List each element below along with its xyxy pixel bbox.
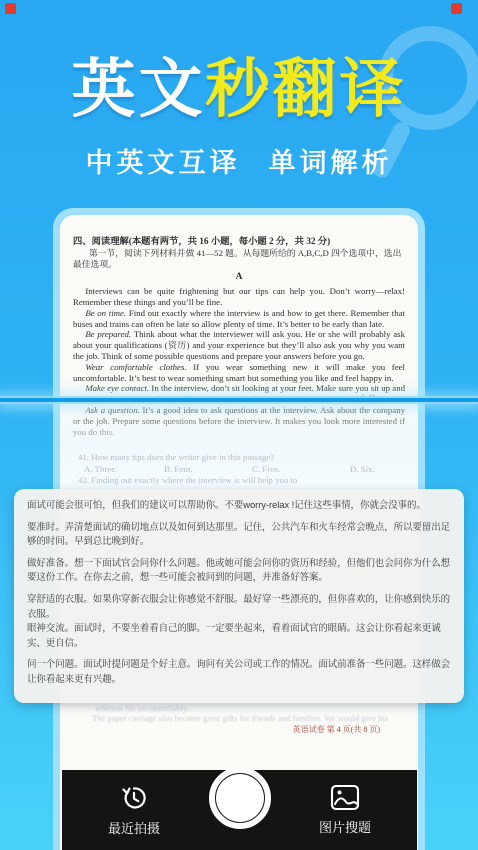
image-search-label: 图片搜题 xyxy=(319,817,371,836)
paper-page-number: 英语试卷 第 4 页(共 8 页) xyxy=(180,724,380,735)
translation-paragraph: 眼神交流。面试时，不要坐着看自己的脚。一定要坐起来，看着面试官的眼睛。这会让你看… xyxy=(27,622,451,651)
red-corner-mark-right xyxy=(451,3,462,14)
recent-photos-label: 最近拍摄 xyxy=(108,818,160,837)
paper-paragraph: Be on time. Find out exactly where the i… xyxy=(73,308,405,330)
shutter-inner-circle xyxy=(216,774,264,822)
app-title-white-part: 英文 xyxy=(72,53,206,125)
history-clock-icon xyxy=(120,784,148,812)
app-screen: 英文秒翻译 中英文互译单词解析 四、阅读理解(本题有两节，共 16 小题，每小题… xyxy=(0,0,478,850)
paper-section-intro: 第一节，阅读下列材料并做 41—52 题。从每题所给的 A,B,C,D 四个选项… xyxy=(73,248,405,270)
question-41: 41. How many tips does the writer give i… xyxy=(78,452,400,464)
question-42: 42. Finding out exactly where the interv… xyxy=(78,475,400,487)
red-corner-mark-left xyxy=(5,3,16,14)
translation-paragraph: 要准时。弄清楚面试的确切地点以及如何到达那里。记住，公共汽车和火车经常会晚点，所… xyxy=(27,521,451,550)
translation-result-panel[interactable]: 面试可能会很可怕，但我们的建议可以帮助你。不要worry-relax !记住这些… xyxy=(14,489,464,703)
translation-paragraph: 问一个问题。面试时提问题是个好主意。询问有关公司或工作的情况。面试前准备一些问题… xyxy=(27,658,451,687)
image-search-button[interactable]: 图片搜题 xyxy=(313,783,377,837)
camera-control-bar: 最近拍摄 图片搜题 xyxy=(62,770,417,850)
translation-paragraph: 做好准备。想一下面试官会问你什么问题。他或她可能会问你的资历和经验，但他们也会问… xyxy=(27,557,451,586)
recent-photos-button[interactable]: 最近拍摄 xyxy=(102,783,166,838)
translation-paragraph: 面试可能会很可怕，但我们的建议可以帮助你。不要worry-relax !记住这些… xyxy=(27,499,451,514)
app-title-yellow-part: 秒翻译 xyxy=(206,53,407,125)
subtitle-right: 单词解析 xyxy=(269,148,393,178)
question-41-options: A. Three. B. Four. C. Five. D. Six. xyxy=(78,464,400,476)
passage-label: A xyxy=(73,272,405,283)
shutter-button[interactable] xyxy=(209,767,271,829)
picture-icon xyxy=(330,784,360,811)
ocr-scan-line xyxy=(0,398,478,402)
paper-faded-line: The paper carriage also became great gif… xyxy=(92,713,404,723)
paper-paragraph: Interviews can be quite frightening but … xyxy=(73,286,405,308)
app-title: 英文秒翻译 xyxy=(0,38,478,130)
paper-paragraph: Wear comfortable clothes. If you wear so… xyxy=(73,362,405,384)
app-subtitle: 中英文互译单词解析 xyxy=(0,141,478,180)
paper-section-heading: 四、阅读理解(本题有两节，共 16 小题，每小题 2 分，共 32 分) xyxy=(73,237,405,248)
faded-question-block: 41. How many tips does the writer give i… xyxy=(78,452,400,487)
subtitle-left: 中英文互译 xyxy=(86,148,241,178)
translation-paragraph: 穿舒适的衣服。如果你穿新衣服会让你感觉不舒服。最好穿一些漂亮的，但你喜欢的，让你… xyxy=(27,593,451,622)
paper-faded-line: whereas his uncontrollably. xyxy=(95,703,275,713)
paper-paragraph: Be prepared. Think about what the interv… xyxy=(73,329,405,361)
